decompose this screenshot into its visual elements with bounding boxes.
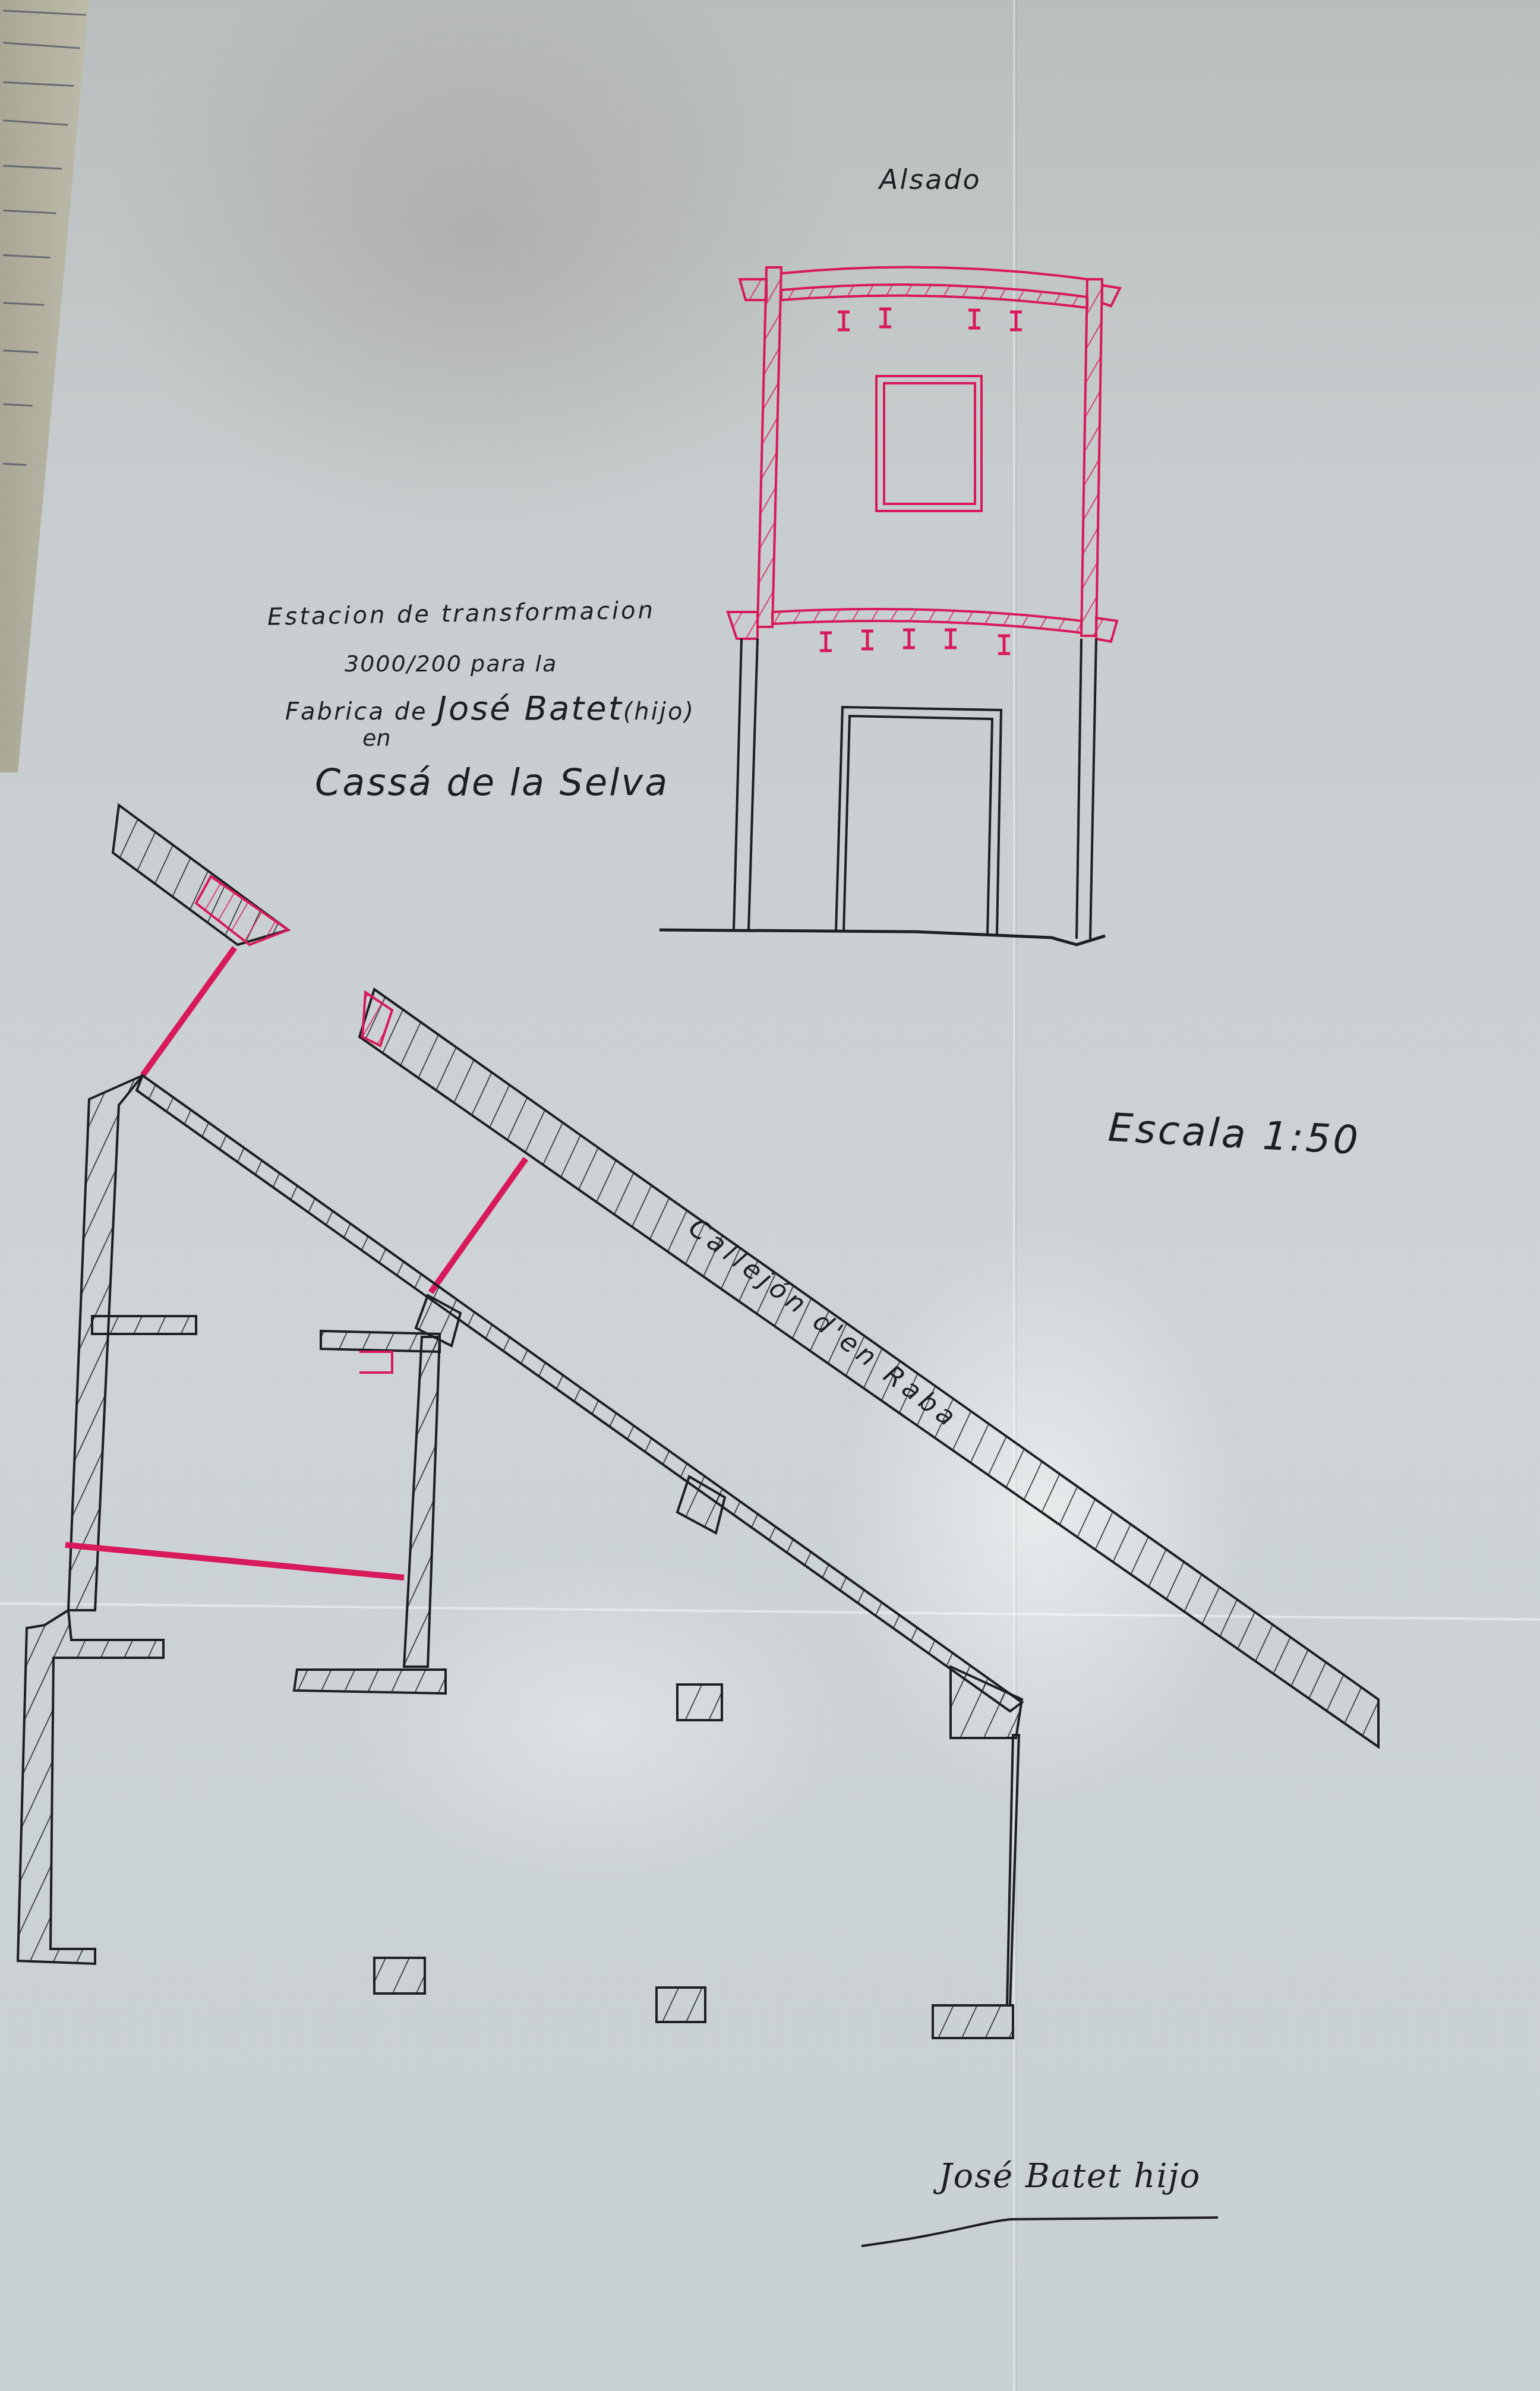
- elevation-title: Alsado: [879, 163, 982, 195]
- door-inner-frame: [844, 716, 992, 935]
- door-outer-frame: [836, 707, 1001, 935]
- owner-suffix: (hijo): [623, 698, 695, 725]
- owner-name: José Batet: [437, 689, 623, 728]
- window-outer-frame: [876, 376, 982, 511]
- title-line-4: en: [362, 725, 390, 751]
- signature: José Batet hijo: [939, 2157, 1201, 2196]
- title-line-3-prefix: Fabrica de: [285, 698, 437, 725]
- i-beam-icons: [820, 309, 1022, 654]
- title-line-2: 3000/200 para la: [345, 651, 557, 677]
- elevation-drawing: [659, 267, 1120, 945]
- floor-plan: [18, 805, 1378, 2038]
- upper-floor-section-red: [728, 267, 1120, 654]
- architectural-drawing: [0, 0, 1540, 2391]
- title-location: Cassá de la Selva: [315, 761, 669, 804]
- title-line-3: Fabrica de José Batet(hijo): [285, 689, 695, 728]
- ground-floor-black: [659, 639, 1105, 945]
- window-inner-frame: [884, 383, 975, 504]
- signature-underline: [861, 2217, 1218, 2246]
